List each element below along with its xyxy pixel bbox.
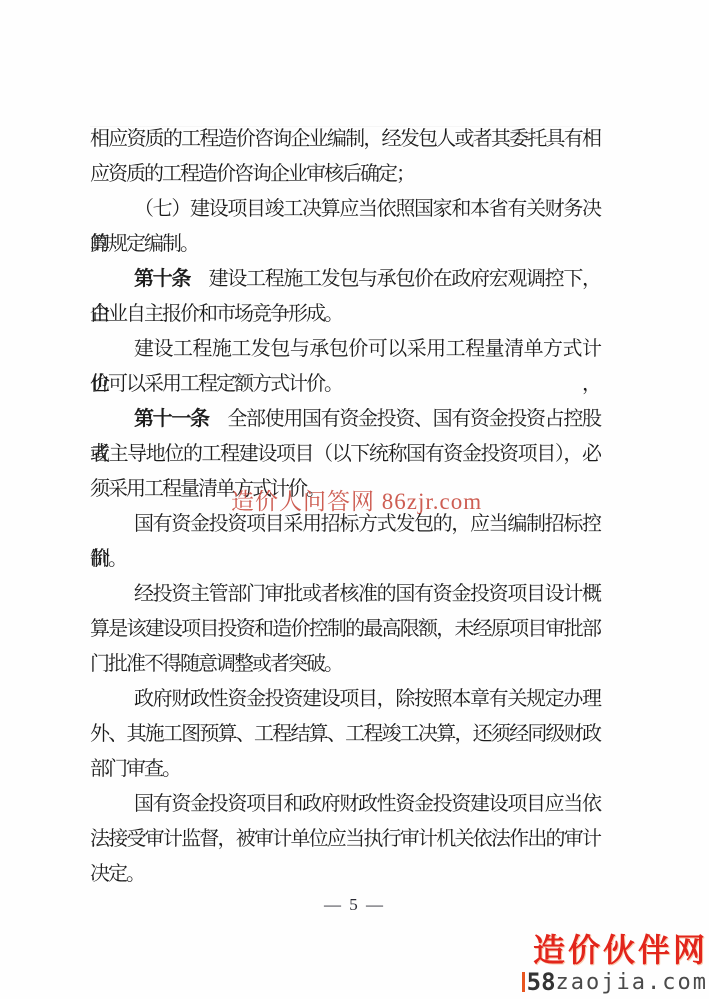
text-segment: 门批准不得随意调整或者突破。 <box>90 653 342 675</box>
text-segment: 经投资主管部门审批或者核准的国有资金投资项目设计概 <box>134 583 600 605</box>
corner-watermark-site-suffix: zaojia.com <box>556 970 708 995</box>
text-line: 经投资主管部门审批或者核准的国有资金投资项目设计概 <box>90 577 600 612</box>
text-line: 者主导地位的工程建设项目（以下统称国有资金投资项目），必 <box>90 437 600 472</box>
text-segment: 国有资金投资项目和政府财政性资金投资建设项目应当依 <box>134 793 600 815</box>
text-segment: 价。 <box>90 548 126 570</box>
text-line: 第十条 建设工程施工发包与承包价在政府宏观调控下，由 <box>90 262 600 297</box>
text-segment: 者主导地位的工程建设项目（以下统称国有资金投资项目），必 <box>90 443 600 465</box>
page-number: — 5 — <box>0 895 709 915</box>
text-segment: 外、其施工图预算、工程结算、工程竣工决算，还须经同级财政 <box>90 723 600 745</box>
text-line: 决定。 <box>90 857 600 892</box>
text-line: 的规定编制。 <box>90 227 600 262</box>
text-line: 第十一条 全部使用国有资金投资、国有资金投资占控股或 <box>90 402 600 437</box>
accent-bar-icon <box>522 972 525 992</box>
text-segment: 政府财政性资金投资建设项目，除按照本章有关规定办理 <box>134 688 600 710</box>
text-line: 企业自主报价和市场竞争形成。 <box>90 297 600 332</box>
article-number: 第十一条 <box>134 408 209 430</box>
text-segment: 部门审查。 <box>90 758 180 780</box>
corner-watermark-site: 58 zaojia.com <box>522 970 708 994</box>
text-segment: 相应资质的工程造价咨询企业编制，经发包人或者其委托具有相 <box>90 128 600 150</box>
article-number: 第十条 <box>134 268 190 290</box>
text-line: 价。 <box>90 542 600 577</box>
text-line: （七）建设项目竣工决算应当依照国家和本省有关财务决算 <box>90 192 600 227</box>
text-line: 部门审查。 <box>90 752 600 787</box>
text-line: 建设工程施工发包与承包价可以采用工程量清单方式计价， <box>90 332 600 367</box>
text-segment: 算是该建设项目投资和造价控制的最高限额，未经原项目审批部 <box>90 618 600 640</box>
corner-watermark-site-prefix: 58 <box>527 968 556 996</box>
text-line: 国有资金投资项目和政府财政性资金投资建设项目应当依 <box>90 787 600 822</box>
text-segment: 应资质的工程造价咨询企业审核后确定； <box>90 163 414 185</box>
corner-watermark: 造价伙伴网 58 zaojia.com <box>522 931 708 994</box>
center-watermark: 造价人问答网 86zjr.com <box>231 483 482 516</box>
text-line: 法接受审计监督，被审计单位应当执行审计机关依法作出的审计 <box>90 822 600 857</box>
text-line: 算是该建设项目投资和造价控制的最高限额，未经原项目审批部 <box>90 612 600 647</box>
text-line: 门批准不得随意调整或者突破。 <box>90 647 600 682</box>
text-line: 相应资质的工程造价咨询企业编制，经发包人或者其委托具有相 <box>90 122 600 157</box>
document-page: 相应资质的工程造价咨询企业编制，经发包人或者其委托具有相应资质的工程造价咨询企业… <box>0 0 709 999</box>
text-segment: 的规定编制。 <box>90 233 198 255</box>
text-segment: 决定。 <box>90 863 144 885</box>
corner-watermark-title: 造价伙伴网 <box>522 931 708 969</box>
text-line: 外、其施工图预算、工程结算、工程竣工决算，还须经同级财政 <box>90 717 600 752</box>
text-segment: 企业自主报价和市场竞争形成。 <box>90 303 342 325</box>
text-line: 应资质的工程造价咨询企业审核后确定； <box>90 157 600 192</box>
text-segment: 法接受审计监督，被审计单位应当执行审计机关依法作出的审计 <box>90 828 600 850</box>
text-segment: 也可以采用工程定额方式计价。 <box>90 373 342 395</box>
text-line: 政府财政性资金投资建设项目，除按照本章有关规定办理 <box>90 682 600 717</box>
